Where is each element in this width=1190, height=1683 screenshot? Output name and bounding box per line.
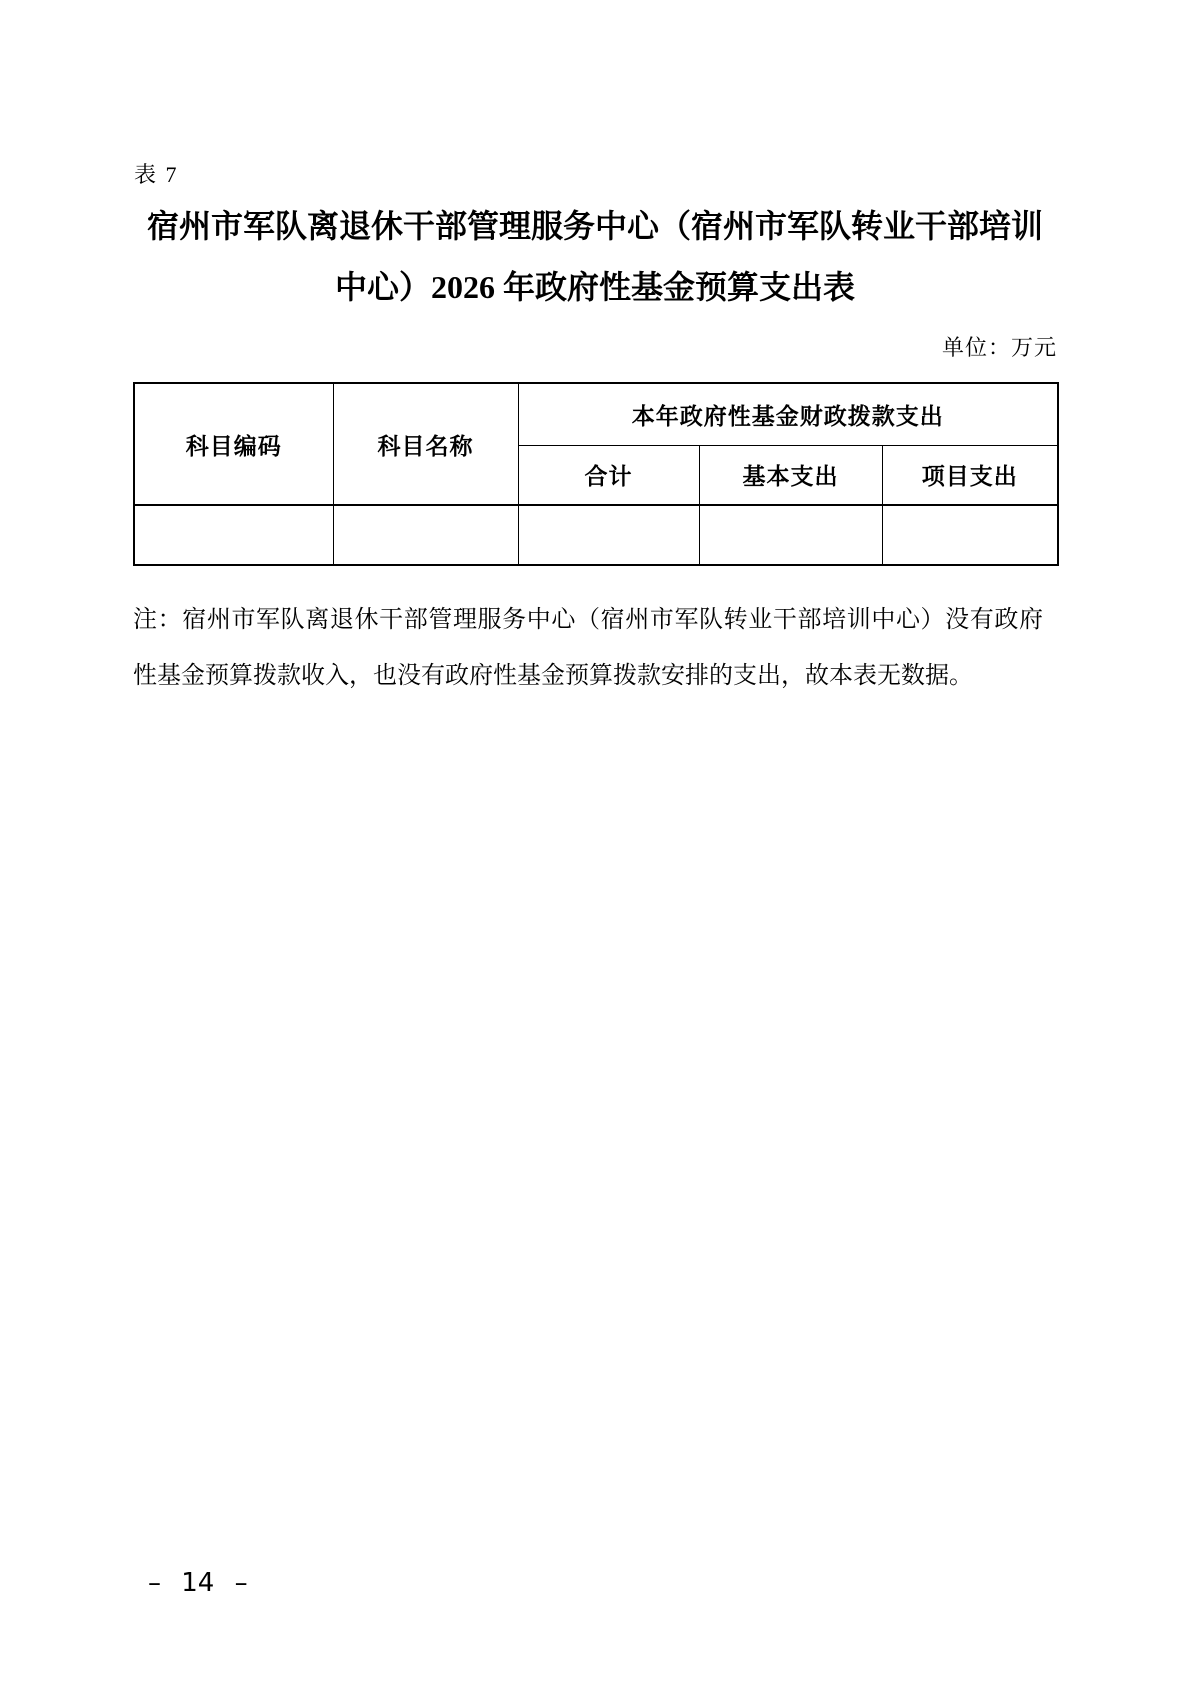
footnote-line-1: 注：宿州市军队离退休干部管理服务中心（宿州市军队转业干部培训中心）没有政府 bbox=[133, 592, 1043, 648]
header-sub-basic: 基本支出 bbox=[699, 445, 882, 505]
document-title: 宿州市军队离退休干部管理服务中心（宿州市军队转业干部培训 中心）2026 年政府… bbox=[0, 196, 1190, 318]
header-subject-name: 科目名称 bbox=[333, 383, 518, 505]
cell-subject-name bbox=[333, 505, 518, 565]
document-title-line-1: 宿州市军队离退休干部管理服务中心（宿州市军队转业干部培训 bbox=[0, 196, 1190, 257]
table-header-row-group: 科目编码 科目名称 本年政府性基金财政拨款支出 bbox=[134, 383, 1058, 445]
table-row bbox=[134, 505, 1058, 565]
footnote: 注：宿州市军队离退休干部管理服务中心（宿州市军队转业干部培训中心）没有政府 性基… bbox=[133, 592, 1043, 704]
budget-expenditure-table: 科目编码 科目名称 本年政府性基金财政拨款支出 合计 基本支出 项目支出 bbox=[133, 382, 1059, 566]
header-group-fund-appropriation-expenditure: 本年政府性基金财政拨款支出 bbox=[518, 383, 1058, 445]
footnote-line-2: 性基金预算拨款收入，也没有政府性基金预算拨款安排的支出，故本表无数据。 bbox=[133, 648, 1043, 704]
cell-basic bbox=[699, 505, 882, 565]
cell-subject-code bbox=[134, 505, 333, 565]
header-sub-total: 合计 bbox=[518, 445, 699, 505]
cell-total bbox=[518, 505, 699, 565]
table-number-label: 表 7 bbox=[134, 158, 179, 189]
document-title-line-2: 中心）2026 年政府性基金预算支出表 bbox=[0, 257, 1190, 318]
header-sub-project: 项目支出 bbox=[882, 445, 1058, 505]
unit-label: 单位：万元 bbox=[942, 331, 1057, 362]
page-number: – 14 – bbox=[148, 1568, 248, 1598]
document-page: 表 7 宿州市军队离退休干部管理服务中心（宿州市军队转业干部培训 中心）2026… bbox=[0, 0, 1190, 1683]
header-subject-code: 科目编码 bbox=[134, 383, 333, 505]
cell-project bbox=[882, 505, 1058, 565]
